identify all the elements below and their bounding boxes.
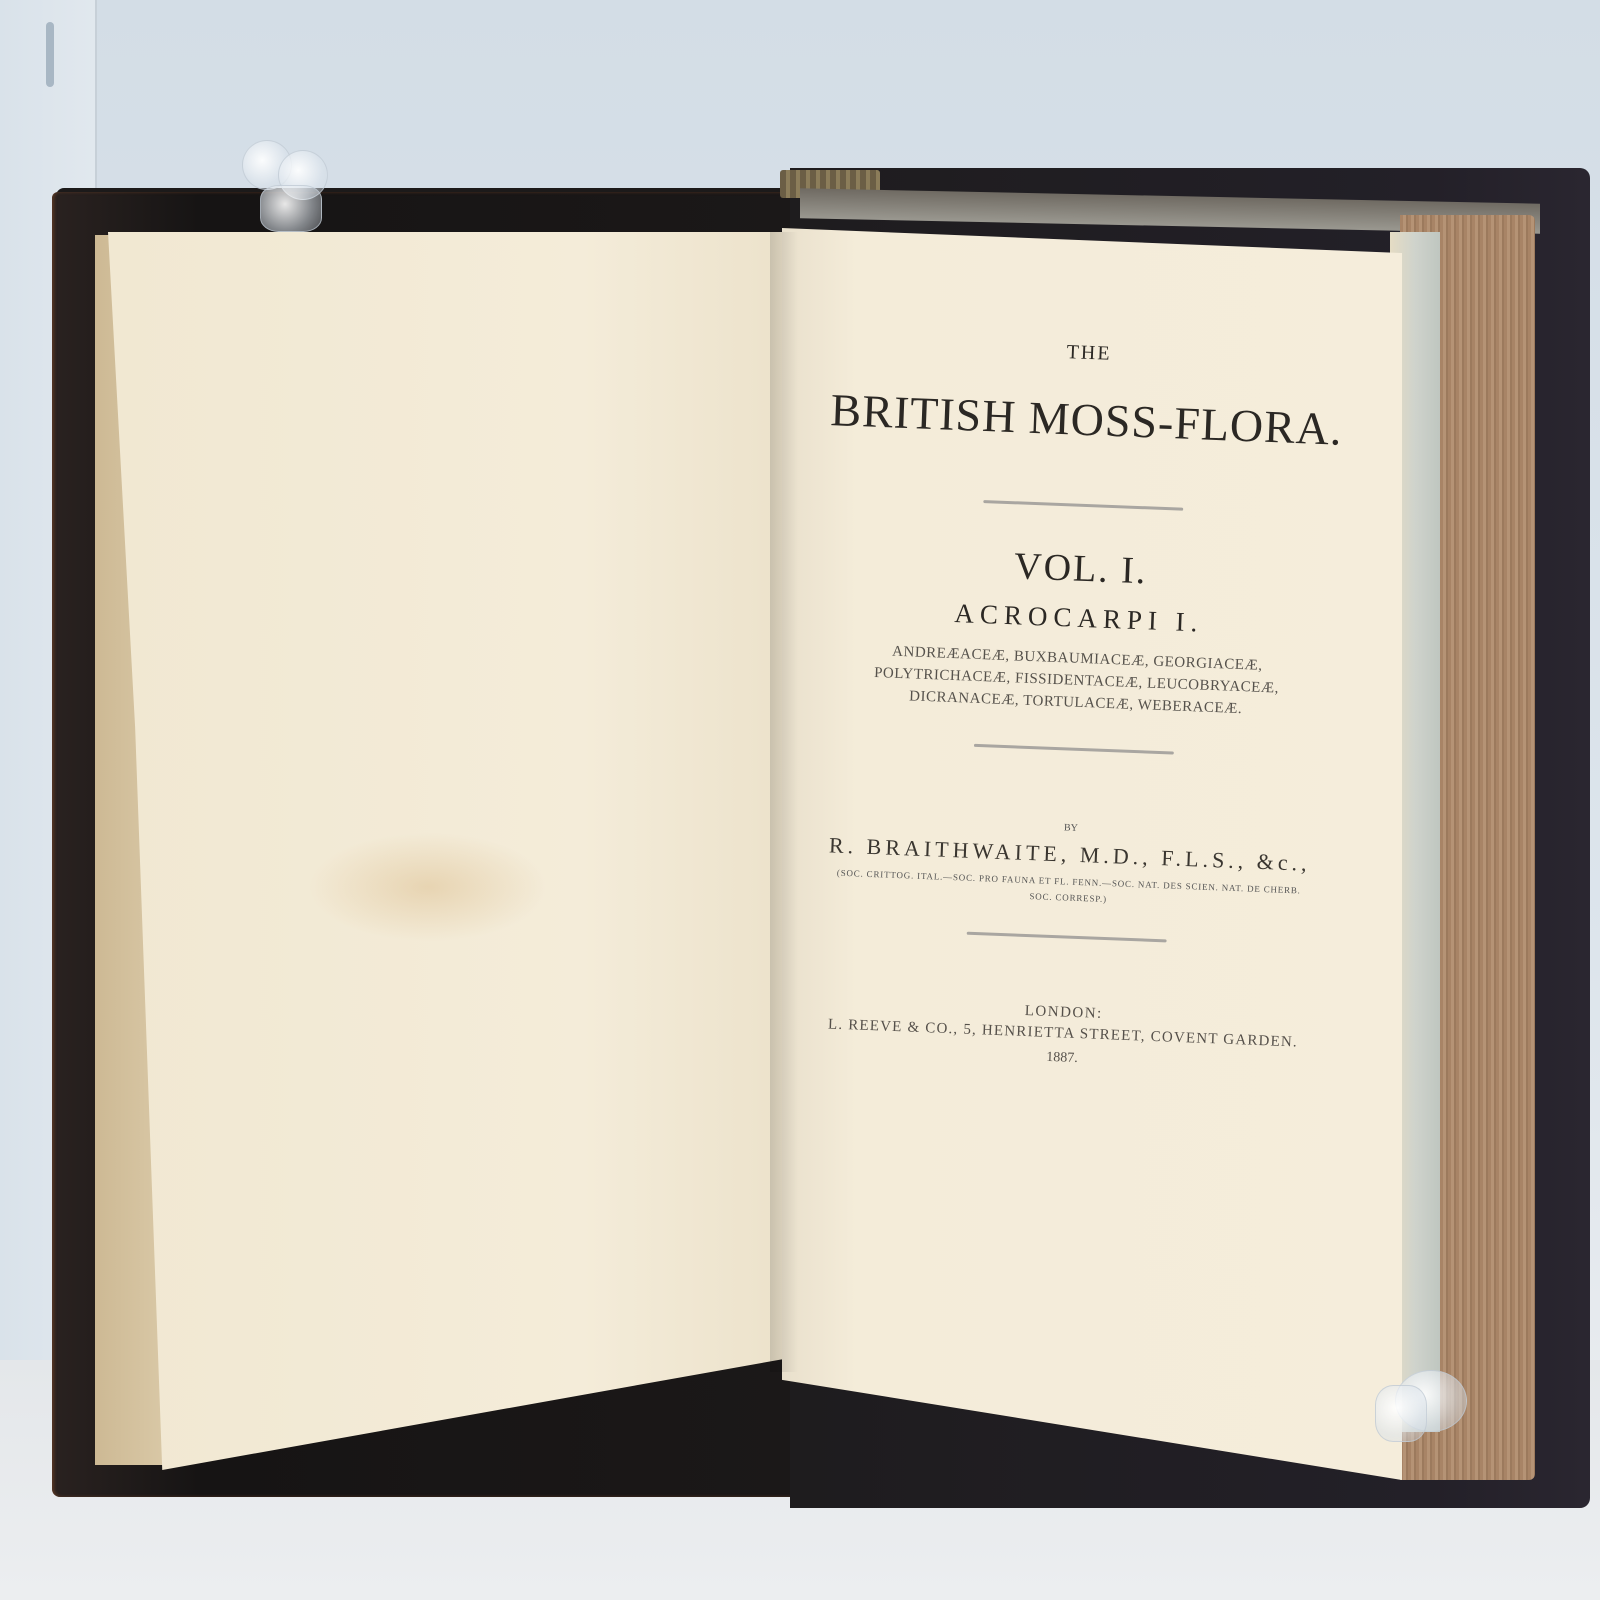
volume-label: VOL. I.	[780, 535, 1381, 602]
page-clip-icon	[260, 185, 322, 232]
families-list: ANDREÆACEÆ, BUXBAUMIACEÆ, GEORGIACEÆ, PO…	[775, 636, 1377, 725]
left-blank-page	[108, 232, 786, 1470]
decorative-rule	[967, 932, 1167, 943]
part-label: ACROCARPI I.	[779, 591, 1380, 645]
decorative-rule	[983, 500, 1183, 511]
decorative-rule	[974, 744, 1174, 755]
foxing-stain	[308, 832, 548, 942]
title-page: THE BRITISH MOSS-FLORA. VOL. I. ACROCARP…	[754, 318, 1390, 1290]
page-clip-icon	[1375, 1385, 1427, 1442]
title-the: THE	[789, 330, 1389, 376]
book-title: BRITISH MOSS-FLORA.	[786, 381, 1388, 457]
cabinet-handle	[46, 22, 54, 87]
